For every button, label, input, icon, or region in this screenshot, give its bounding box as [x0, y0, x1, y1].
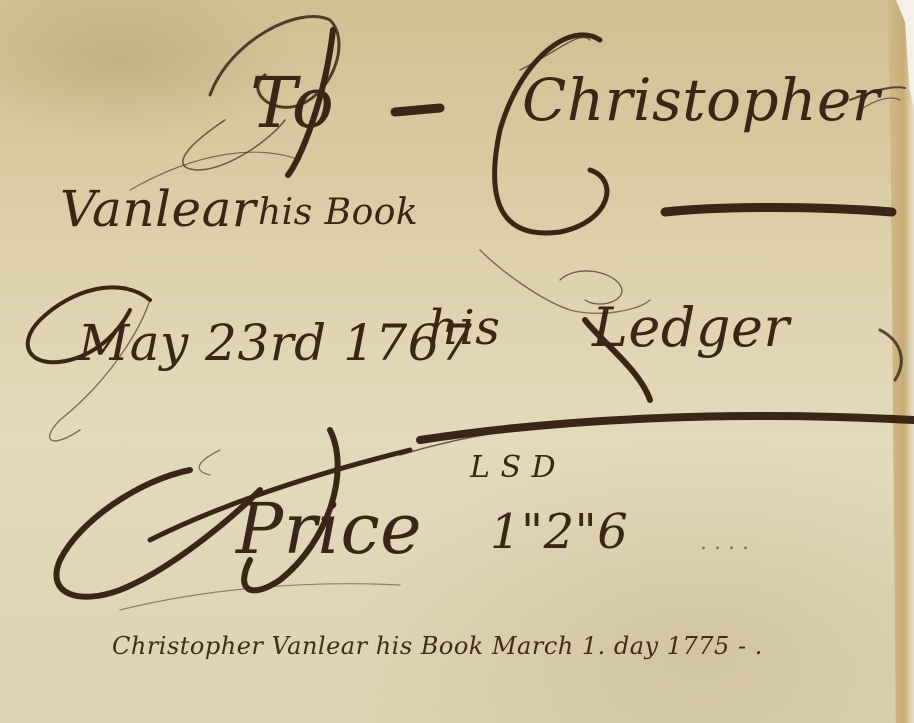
line-date: May 23rd 1767 [78, 314, 472, 372]
line-to: To [250, 62, 334, 144]
line-christopher: Christopher [522, 66, 880, 134]
line-ledger: Ledger [592, 296, 790, 359]
line-his: his [428, 300, 500, 356]
price-amount: 1"2"6 [490, 504, 628, 560]
currency-header: L S D [470, 450, 556, 485]
ledger-page: To Christopher Vanlear his Book May 23rd… [0, 0, 914, 723]
line-vanlear: Vanlear [60, 180, 256, 238]
faded-marks: . . . . [700, 530, 749, 555]
footer-inscription: Christopher Vanlear his Book March 1. da… [112, 632, 763, 660]
line-price-label: Price [236, 488, 422, 570]
line-his-book: his Book [258, 192, 418, 233]
